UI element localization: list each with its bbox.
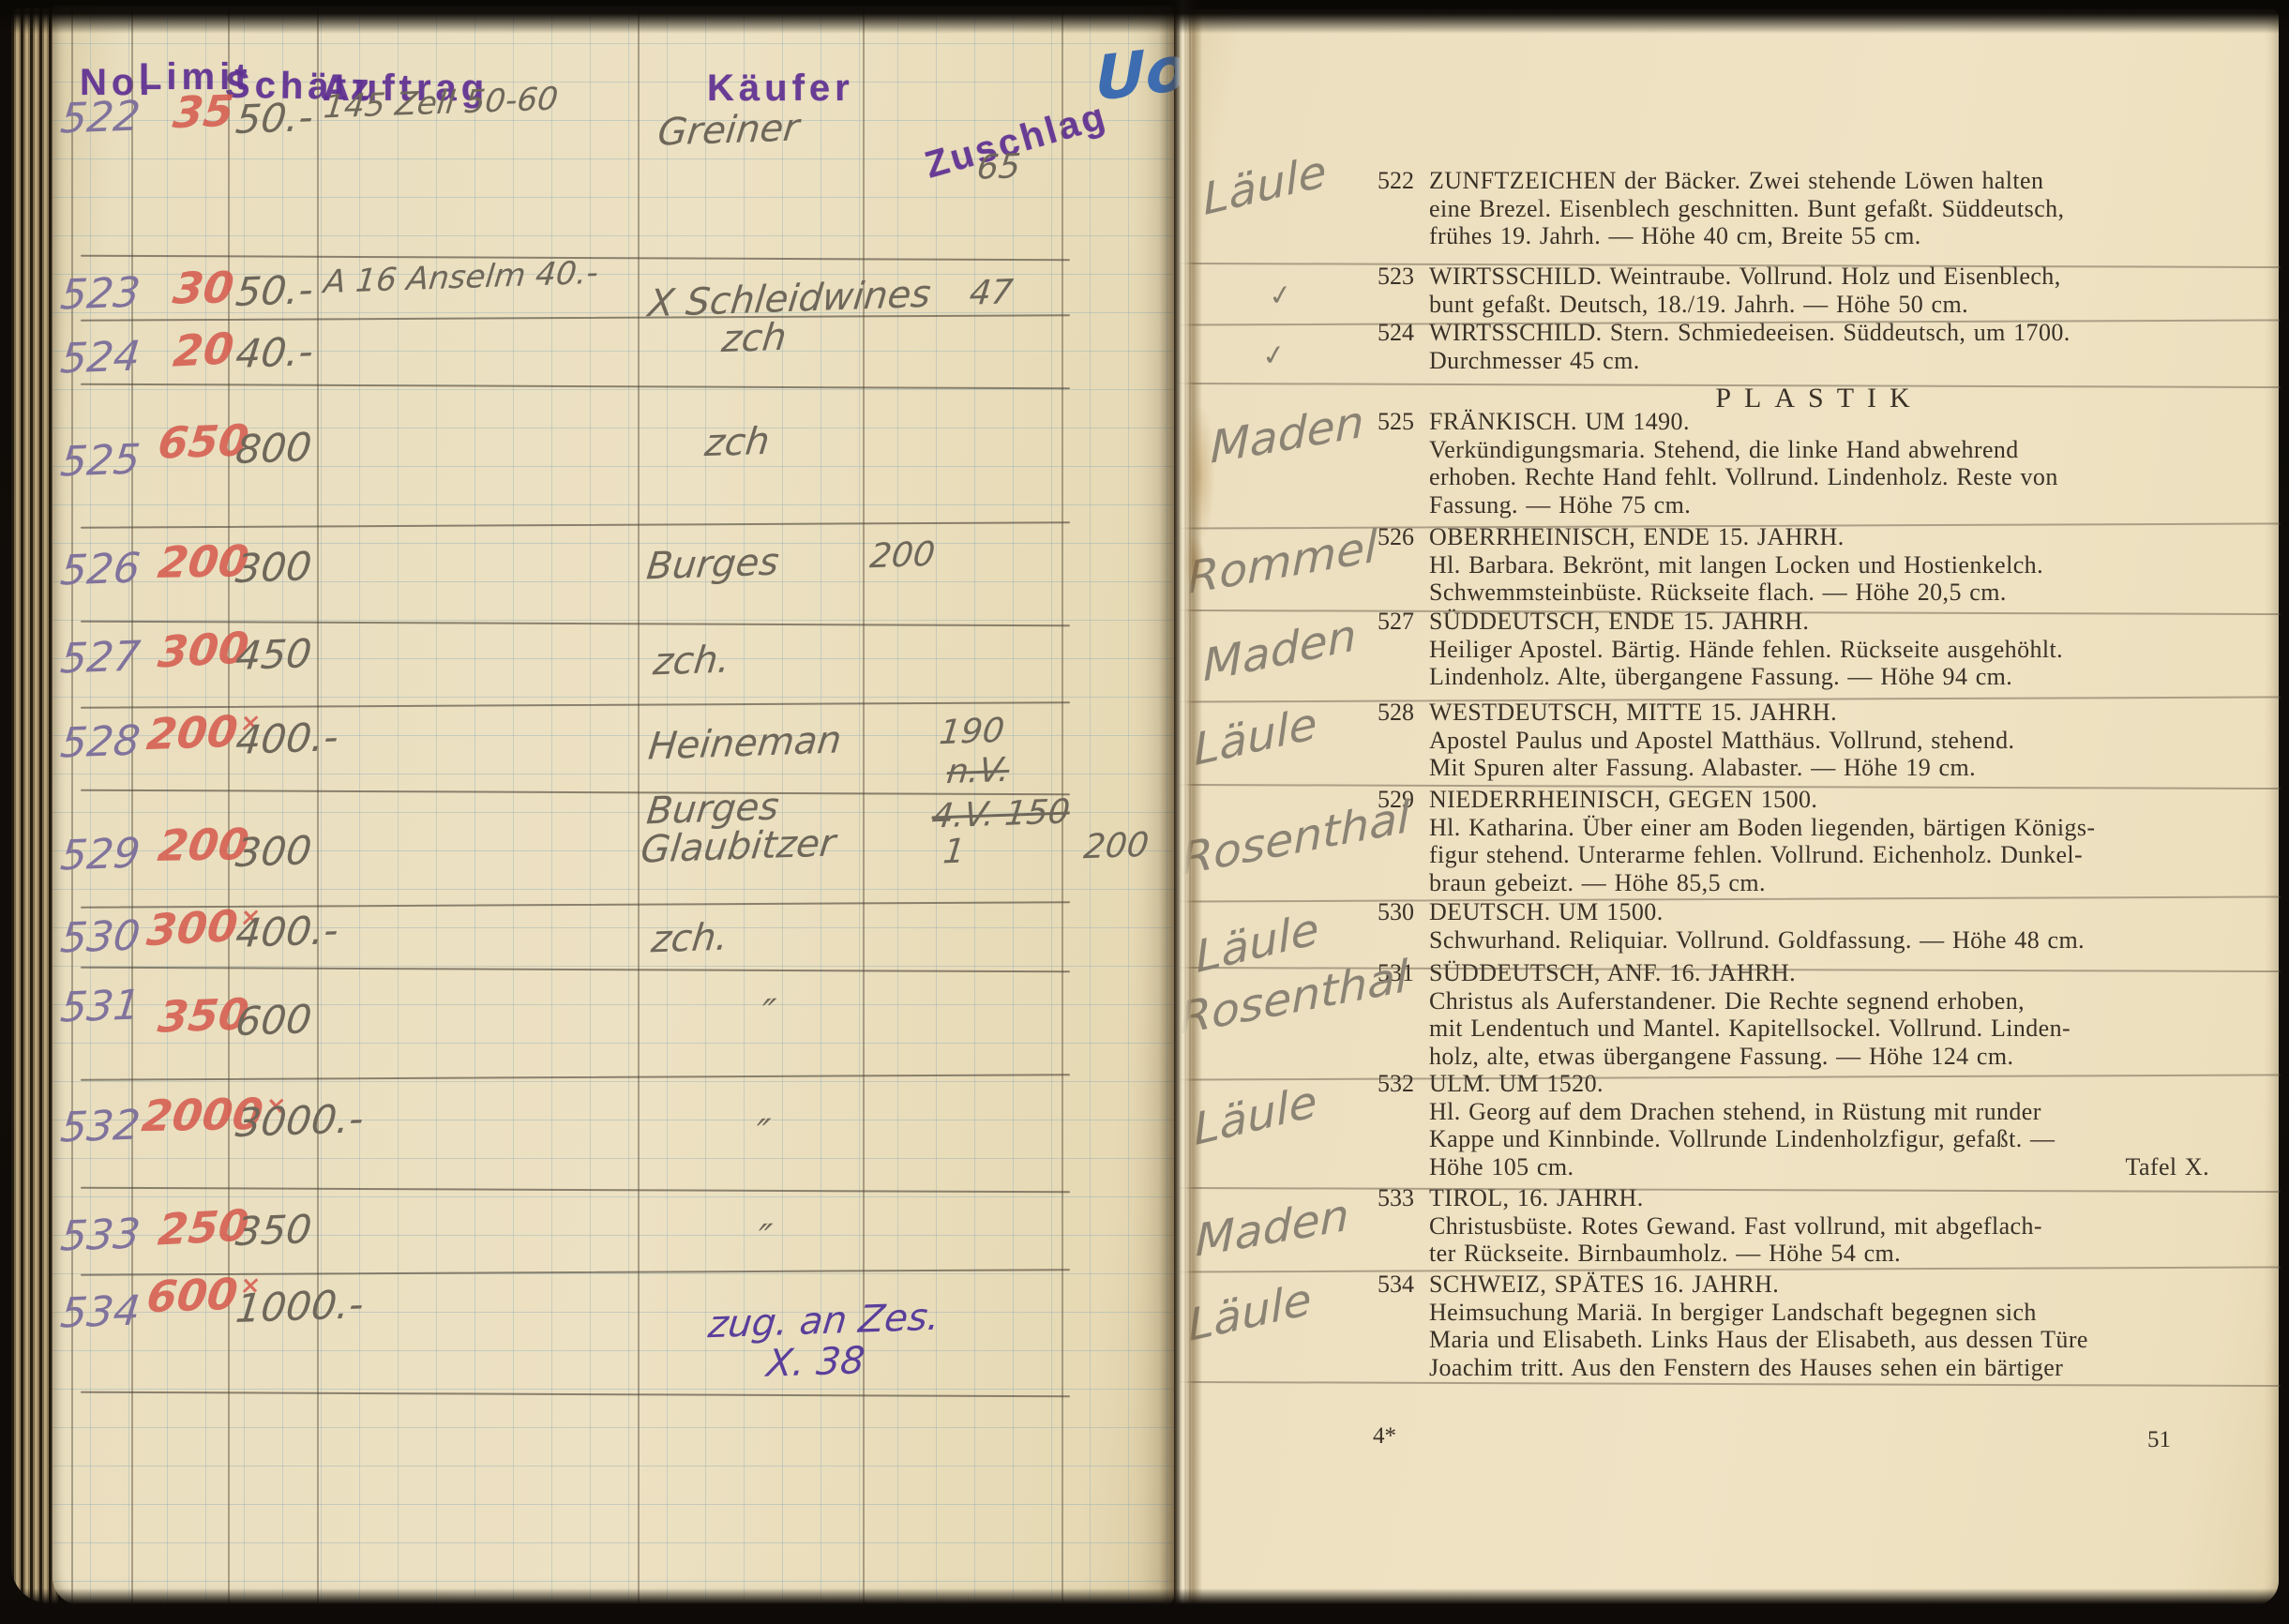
margin-buyer-note: Läule xyxy=(1192,1075,1318,1156)
ledger-cell-schatz: 800 xyxy=(233,421,399,473)
ledger-cell-no: 532 xyxy=(55,1101,145,1151)
entry-line: WESTDEUTSCH, MITTE 15. JAHRH. xyxy=(1429,699,2209,727)
ledger-cell-zuschlag: n.V. xyxy=(945,751,1012,791)
ledger-cell-no: 529 xyxy=(55,829,145,880)
ledger-cell-no: 525 xyxy=(55,435,145,486)
ledger-page: No. Limit Schätz Auftrag Käufer Zuschlag… xyxy=(53,6,1174,1605)
catalog-page: PLASTIK 522ZUNFTZEICHEN der Bäcker. Zwei… xyxy=(1180,9,2279,1605)
entry-line: Christusbüste. Rotes Gewand. Fast vollru… xyxy=(1429,1212,2209,1241)
catalog-entry: SCHWEIZ, SPÄTES 16. JAHRH.Heimsuchung Ma… xyxy=(1429,1271,2209,1381)
margin-buyer-note: Rosenthal xyxy=(1182,791,1410,886)
margin-buyer-note: Läule xyxy=(1193,698,1318,776)
entry-line: DEUTSCH. UM 1500. xyxy=(1429,898,2209,926)
entry-line: ter Rückseite. Birnbaumholz. — Höhe 54 c… xyxy=(1429,1240,2209,1268)
book-gutter xyxy=(1159,0,1202,1624)
ledger-cell-schatz: 300 xyxy=(233,824,399,876)
entry-line: Fassung. — Höhe 75 cm. xyxy=(1429,491,2209,519)
entry-line: Hl. Katharina. Über einer am Boden liege… xyxy=(1429,814,2209,842)
ledger-cell-zuschlag: 4.V. 150 xyxy=(930,792,1072,835)
entry-line: Kappe und Kinnbinde. Vollrunde Lindenhol… xyxy=(1429,1125,2209,1153)
ledger-cell-zuschlag: 1 xyxy=(941,833,967,872)
catalog-page-number: 51 xyxy=(2147,1427,2171,1453)
ledger-cell-auftrag: 145 Zell 50-60 xyxy=(322,81,560,127)
ledger-cell-zuschlag: 190 xyxy=(938,712,1006,752)
ledger-cell-note: X. 38 xyxy=(764,1339,866,1386)
margin-buyer-note: Rommel xyxy=(1187,520,1377,605)
ledger-cell-schatz: 300 xyxy=(233,540,399,592)
ledger-cell-schatz: 350 xyxy=(233,1203,399,1255)
catalog-footer-signature: 4* xyxy=(1373,1423,1396,1450)
catalog-entry: OBERRHEINISCH, ENDE 15. JAHRH.Hl. Barbar… xyxy=(1429,523,2209,607)
margin-check-mark: ✓ xyxy=(1260,338,1288,373)
ledger-cell-no: 523 xyxy=(55,268,145,319)
ledger-cell-kaufer: zch xyxy=(719,316,788,361)
entry-line: FRÄNKISCH. UM 1490. xyxy=(1429,408,2209,436)
ledger-cell-no: 522 xyxy=(55,92,145,143)
lot-number: 534 xyxy=(1356,1271,1414,1299)
ledger-cell-schatz: 3000.- xyxy=(233,1094,399,1146)
ledger-cell-zuschlag: 200 xyxy=(1082,826,1151,866)
entry-line: bunt gefaßt. Deutsch, 18./19. Jahrh. — H… xyxy=(1429,291,2209,319)
margin-check-mark: ✓ xyxy=(1267,278,1295,313)
ledger-cell-no: 524 xyxy=(55,332,145,383)
entry-line: mit Lendentuch und Mantel. Kapitellsocke… xyxy=(1429,1015,2209,1043)
catalog-entry: NIEDERRHEINISCH, GEGEN 1500.Hl. Katharin… xyxy=(1429,786,2209,896)
auction-ledger-book-scan: No. Limit Schätz Auftrag Käufer Zuschlag… xyxy=(0,0,2289,1624)
ledger-cell-kaufer: zch xyxy=(702,420,771,465)
entry-line: Durchmesser 45 cm. xyxy=(1429,347,2209,375)
ledger-cell-zuschlag: 200 xyxy=(868,535,937,576)
catalog-entry: FRÄNKISCH. UM 1490.Verkündigungsmaria. S… xyxy=(1429,408,2209,519)
lot-number: 530 xyxy=(1356,898,1414,926)
entry-line: Heiliger Apostel. Bärtig. Hände fehlen. … xyxy=(1429,636,2209,664)
ledger-cell-zuschlag: 47 xyxy=(968,273,1015,313)
entry-line: Heimsuchung Mariä. In bergiger Landschaf… xyxy=(1429,1299,2209,1327)
catalog-entry: TIROL, 16. JAHRH.Christusbüste. Rotes Ge… xyxy=(1429,1184,2209,1268)
lot-number: 528 xyxy=(1356,699,1414,727)
ledger-cell-schatz: 450 xyxy=(233,627,399,679)
catalog-entry: SÜDDEUTSCH, ENDE 15. JAHRH.Heiliger Apos… xyxy=(1429,608,2209,691)
entry-line: Christus als Auferstandener. Die Rechte … xyxy=(1429,987,2209,1015)
ledger-column-line xyxy=(228,6,230,1605)
ledger-cell-schatz: 600 xyxy=(233,993,399,1045)
margin-buyer-note: Maden xyxy=(1196,1189,1349,1267)
lot-number: 532 xyxy=(1356,1070,1414,1098)
entry-line: frühes 19. Jahrh. — Höhe 40 cm, Breite 5… xyxy=(1429,222,2209,250)
ledger-cell-no: 533 xyxy=(55,1210,145,1260)
entry-line: Hl. Barbara. Bekrönt, mit langen Locken … xyxy=(1429,551,2209,579)
margin-buyer-note: Läule xyxy=(1201,145,1328,226)
ledger-column-line xyxy=(317,6,319,1605)
ledger-cell-no: 530 xyxy=(55,911,145,962)
ledger-cell-no: 527 xyxy=(55,632,145,683)
ledger-cell-kaufer: Heineman xyxy=(646,718,843,768)
ledger-cell-kaufer: Glaubitzer xyxy=(639,821,837,871)
catalog-entry: WIRTSSCHILD. Stern. Schmiedeeisen. Südde… xyxy=(1429,319,2209,374)
entry-line: Schwemmsteinbüste. Rückseite flach. — Hö… xyxy=(1429,579,2209,607)
entry-line: Hl. Georg auf dem Drachen stehend, in Rü… xyxy=(1429,1098,2209,1126)
lot-number: 525 xyxy=(1356,408,1414,436)
entry-line: SCHWEIZ, SPÄTES 16. JAHRH. xyxy=(1429,1271,2209,1299)
ledger-cell-no: 526 xyxy=(55,544,145,594)
ledger-cell-kaufer: Greiner xyxy=(655,106,801,154)
ledger-cell-no: 534 xyxy=(55,1286,145,1337)
catalog-entry: WIRTSSCHILD. Weintraube. Vollrund. Holz … xyxy=(1429,263,2209,318)
ledger-cell-schatz: 400.- xyxy=(233,712,399,763)
ledger-cell-schatz: 40.- xyxy=(233,325,399,377)
ledger-cell-auftrag: A 16 Anselm 40.- xyxy=(322,254,600,301)
ledger-column-line xyxy=(131,6,133,1605)
catalog-entry: ZUNFTZEICHEN der Bäcker. Zwei stehende L… xyxy=(1429,167,2209,250)
margin-buyer-note: Läule xyxy=(1187,1273,1313,1352)
ledger-cell-kaufer: ″ xyxy=(756,1217,775,1260)
ledger-cell-no: 531 xyxy=(55,981,145,1031)
catalog-entry: WESTDEUTSCH, MITTE 15. JAHRH.Apostel Pau… xyxy=(1429,699,2209,782)
entry-line: eine Brezel. Eisenblech geschnitten. Bun… xyxy=(1429,195,2209,223)
entry-line: holz, alte, etwas übergangene Fassung. —… xyxy=(1429,1043,2209,1071)
ledger-cell-note: zug. an Zes. xyxy=(706,1296,941,1347)
ledger-cell-kaufer: zch. xyxy=(651,639,731,684)
ledger-cell-kaufer: ″ xyxy=(754,1112,773,1155)
plate-reference: Tafel X. xyxy=(2125,1153,2209,1181)
bottom-shadow xyxy=(0,1588,2289,1624)
entry-line: NIEDERRHEINISCH, GEGEN 1500. xyxy=(1429,786,2209,814)
margin-buyer-note: Maden xyxy=(1202,609,1358,692)
ledger-cell-zuschlag: 65 xyxy=(975,147,1022,188)
entry-line: Joachim tritt. Aus den Fenstern des Haus… xyxy=(1429,1354,2209,1382)
entry-line: figur stehend. Unterarme fehlen. Vollrun… xyxy=(1429,841,2209,869)
entry-line: ZUNFTZEICHEN der Bäcker. Zwei stehende L… xyxy=(1429,167,2209,195)
ledger-column-line xyxy=(71,6,73,1605)
top-shadow xyxy=(0,0,2289,34)
entry-line: braun gebeizt. — Höhe 85,5 cm. xyxy=(1429,869,2209,897)
entry-line: Lindenholz. Alte, übergangene Fassung. —… xyxy=(1429,663,2209,691)
ledger-cell-schatz: 1000.- xyxy=(233,1280,399,1331)
entry-line: Mit Spuren alter Fassung. Alabaster. — H… xyxy=(1429,754,2209,782)
entry-line: Schwurhand. Reliquiar. Vollrund. Goldfas… xyxy=(1429,926,2209,955)
ledger-cell-kaufer: Burges xyxy=(644,541,781,589)
column-header-kaufer: Käufer xyxy=(707,68,854,110)
ledger-cell-kaufer: ″ xyxy=(760,992,778,1035)
catalog-entry: ULM. UM 1520.Hl. Georg auf dem Drachen s… xyxy=(1429,1070,2209,1180)
entry-line: Verkündigungsmaria. Stehend, die linke H… xyxy=(1429,436,2209,464)
entry-line: erhoben. Rechte Hand fehlt. Vollrund. Li… xyxy=(1429,463,2209,491)
ledger-cell-kaufer: X Schleidwines xyxy=(646,273,933,325)
entry-line: SÜDDEUTSCH, ANF. 16. JAHRH. xyxy=(1429,959,2209,987)
lot-number: 523 xyxy=(1356,263,1414,291)
lot-number: 522 xyxy=(1356,167,1414,195)
margin-buyer-note: Maden xyxy=(1211,396,1364,474)
ledger-cell-no: 528 xyxy=(55,716,145,767)
ledger-cell-kaufer: zch. xyxy=(649,916,730,962)
entry-separator-line xyxy=(1180,1381,2281,1387)
catalog-entry: DEUTSCH. UM 1500.Schwurhand. Reliquiar. … xyxy=(1429,898,2209,954)
ledger-column-line xyxy=(638,6,640,1605)
entry-line: Tafel X.Höhe 105 cm. xyxy=(1429,1153,2209,1181)
ledger-cell-schatz: 400.- xyxy=(233,905,399,956)
catalog-entry: SÜDDEUTSCH, ANF. 16. JAHRH.Christus als … xyxy=(1429,959,2209,1070)
entry-line: Maria und Elisabeth. Links Haus der Elis… xyxy=(1429,1326,2209,1354)
entry-line: Apostel Paulus und Apostel Matthäus. Vol… xyxy=(1429,727,2209,755)
